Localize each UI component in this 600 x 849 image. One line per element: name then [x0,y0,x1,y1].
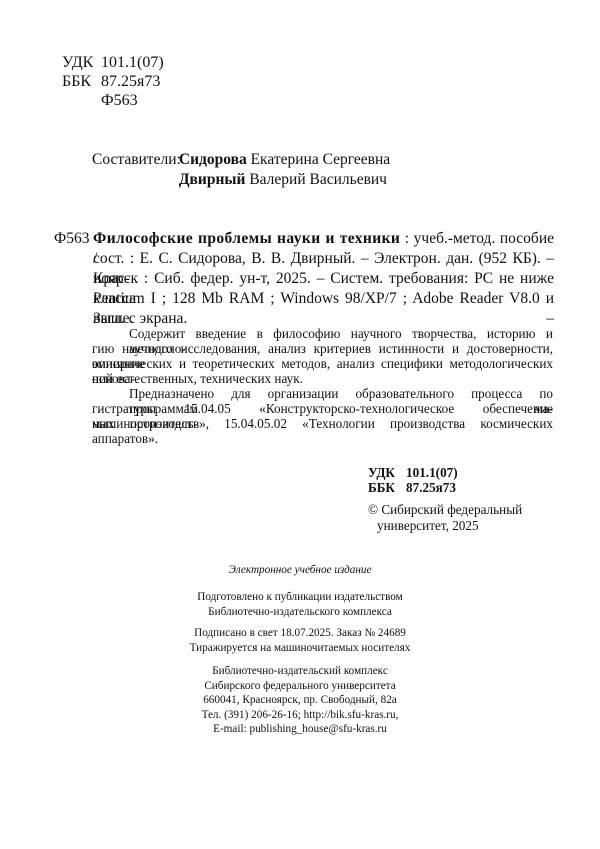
udk-value: 101.1(07) [406,465,458,480]
abstract-line: гистратуры 15.04.05 «Конструкторско-техн… [92,401,553,416]
publisher-contacts: Библиотечно-издательский комплекс Сибирс… [150,664,450,737]
compilers-label: Составители: [92,150,175,170]
bbk-value: 87.25я73 [406,480,456,495]
udk-label: УДК [368,465,406,480]
abstract-line: ных производств», 15.04.05.02 «Технологи… [92,416,553,431]
abstract-line: ний естественных, технических наук. [92,371,553,386]
imprint-line: Тел. (391) 206-26-16; http://bik.sfu-kra… [150,708,450,723]
bbk-label: ББК [368,480,406,495]
copyright-line: © Сибирский федеральный [368,502,522,518]
imprint-line: Подписано в свет 18.07.2025. Заказ № 246… [150,626,450,641]
compiler-surname: Двирный [179,171,246,188]
copyright: © Сибирский федеральный университет, 202… [368,502,522,534]
compiler-row: Составители: Сидорова Екатерина Сергеевн… [92,150,390,170]
record-line: ноярск : Сиб. федер. ун-т, 2025. – Систе… [93,269,554,289]
bbk-label: ББК [62,72,101,91]
udk-label: УДК [62,53,101,72]
record-line: Pentium I ; 128 Mb RAM ; Windows 98/XP/7… [93,289,554,309]
abstract: Содержит введение в философию научного т… [92,326,553,431]
classification-codes-bottom: УДК101.1(07) ББК87.25я73 [368,465,458,495]
bbk-row: ББК87.25я73 [368,480,458,495]
abstract-line: гию научного исследования, анализ критер… [92,341,553,356]
bbk-row: ББК87.25я73 [62,72,164,91]
compiler-given-name: Валерий Васильевич [249,171,387,188]
record-title: Философские проблемы науки и техники [93,230,400,247]
classification-codes-top: УДК101.1(07) ББК87.25я73 Ф563 [62,53,164,110]
udk-row: УДК101.1(07) [368,465,458,480]
record-code: Ф563 [54,229,90,249]
imprint-line: Сибирского федерального университета [150,679,450,694]
bibliographic-record: Ф563 Философские проблемы науки и техник… [54,229,554,329]
author-mark: Ф563 [62,91,164,110]
abstract-line: Содержит введение в философию научного т… [92,326,553,341]
compiler-given-name: Екатерина Сергеевна [251,151,391,168]
prepared-by: Подготовлено к публикации издательством … [150,590,450,619]
imprint-line: E-mail: publishing_house@sfu-kras.ru [150,722,450,737]
imprint-line: Библиотечно-издательского комплекса [150,605,450,620]
imprint-line: Тиражируется на машиночитаемых носителях [150,641,450,656]
copyright-line: университет, 2025 [368,518,522,534]
abstract-line: эмпирических и теоретических методов, ан… [92,356,553,371]
imprint-line: Библиотечно-издательский комплекс [150,664,450,679]
record-line: Философские проблемы науки и техники : у… [93,229,554,249]
udk-value: 101.1(07) [101,54,164,71]
compiler-surname: Сидорова [179,151,247,168]
bbk-value: 87.25я73 [101,73,160,90]
record-line: сост. : Е. С. Сидорова, В. В. Двирный. –… [93,249,554,269]
imprint-line: 660041, Красноярск, пр. Свободный, 82а [150,693,450,708]
abstract-line: Предназначено для организации образовате… [92,386,553,401]
udk-row: УДК101.1(07) [62,53,164,72]
edition-type-text: Электронное учебное издание [150,563,450,578]
publication-info: Подписано в свет 18.07.2025. Заказ № 246… [150,626,450,655]
edition-type: Электронное учебное издание [150,563,450,578]
compiler-row: Двирный Валерий Васильевич [92,170,390,190]
compilers-block: Составители: Сидорова Екатерина Сергеевн… [92,150,390,190]
imprint-line: Подготовлено к публикации издательством [150,590,450,605]
